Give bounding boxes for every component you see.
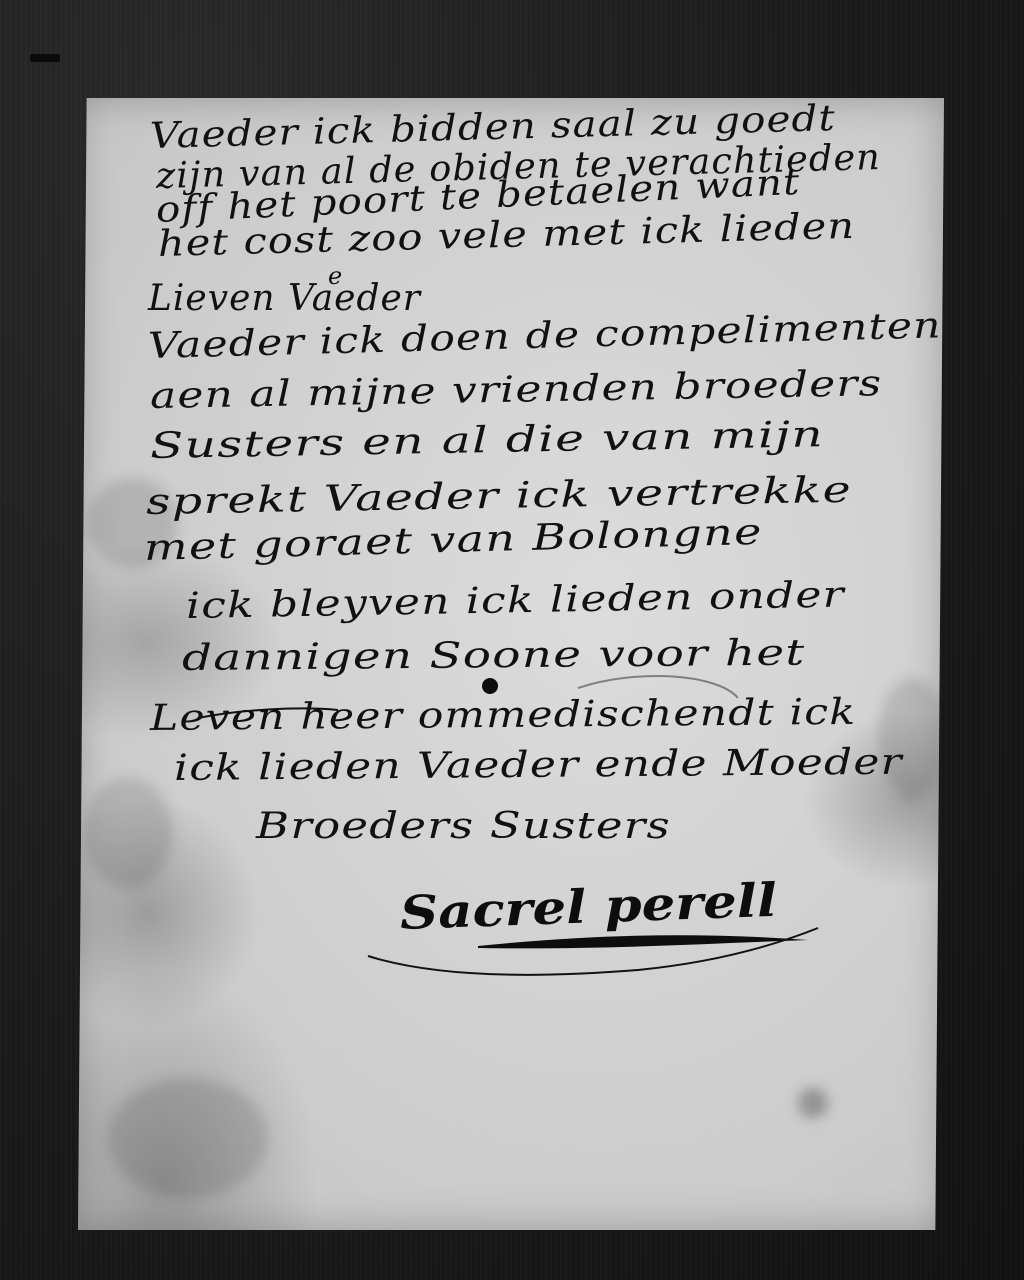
letter-line: dannigen Soone voor het	[182, 633, 806, 679]
letter-body: Vaeder ick bidden saal zu goedt zijn van…	[78, 98, 944, 1230]
letter-line: ick bleyven ick lieden onder	[186, 575, 846, 627]
letter-line: aen al mijne vrienden broeders	[150, 363, 883, 417]
letter-salutation: Lieven Vaeder	[148, 278, 421, 319]
letter-closing-line: Broeders Susters	[256, 806, 671, 847]
background-mark	[30, 54, 60, 62]
letter-line: ick lieden Vaeder ende Moeder	[174, 742, 903, 789]
letter-line: Susters en al die van mijn	[150, 414, 825, 467]
signature: Sacrel perell	[399, 873, 778, 940]
letter-line: Leven heer ommedischendt ick	[150, 692, 857, 739]
letter-page: Vaeder ick bidden saal zu goedt zijn van…	[78, 98, 944, 1230]
